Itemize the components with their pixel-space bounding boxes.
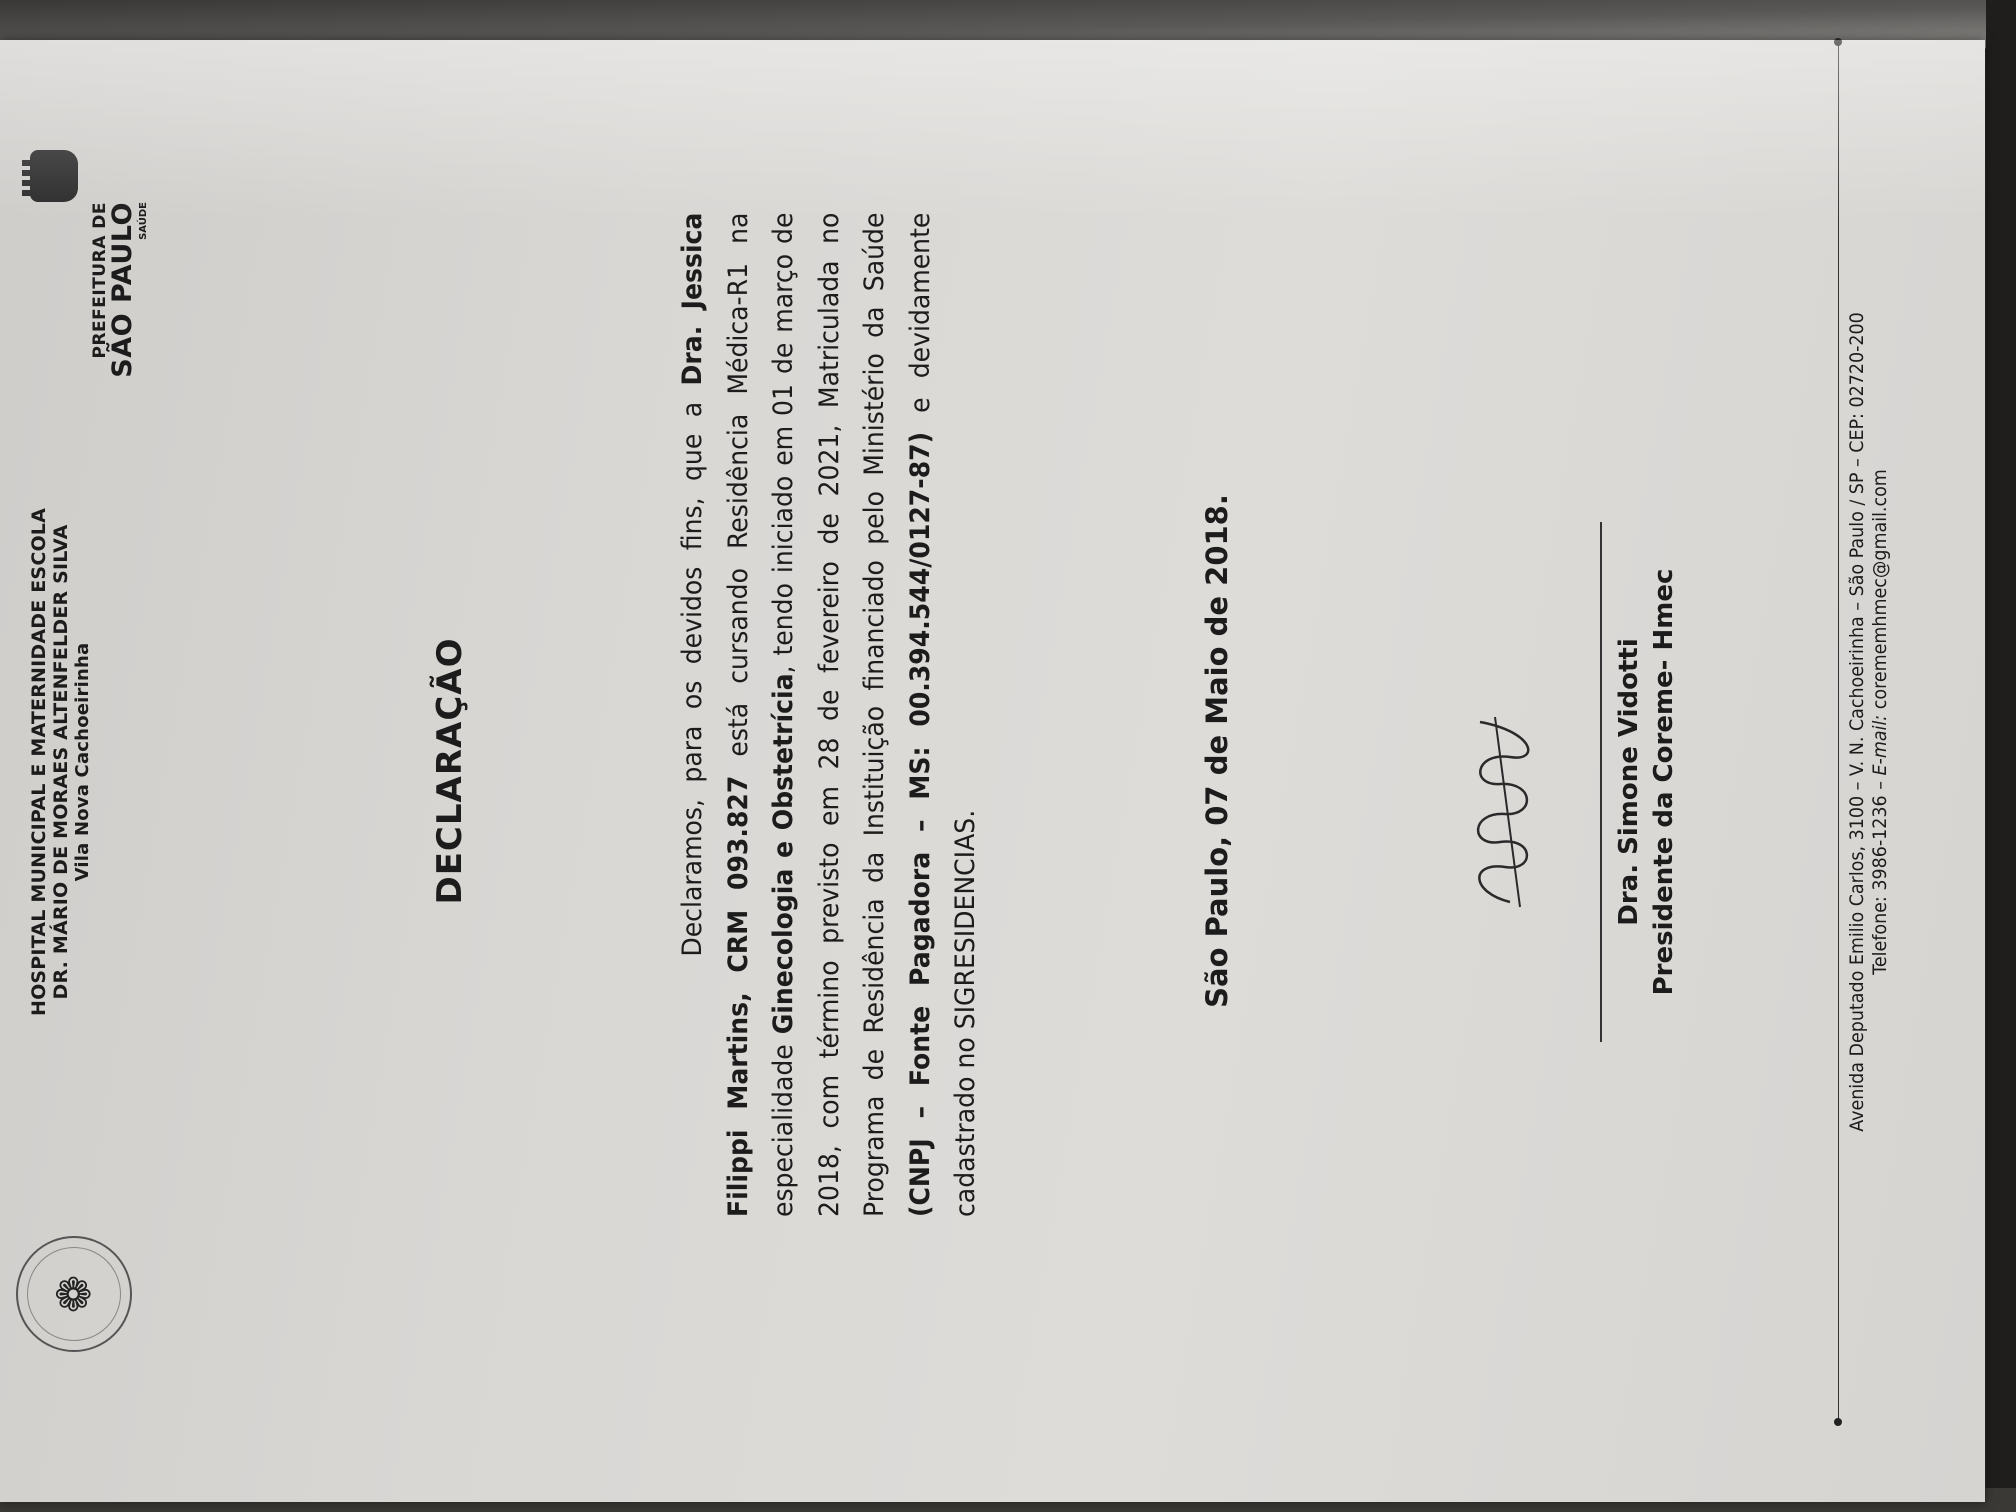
title-dra: Dra. bbox=[677, 326, 708, 386]
footer-dot bbox=[1834, 1418, 1842, 1426]
date-line: São Paulo, 07 de Maio de 2018. bbox=[1200, 40, 1234, 1502]
footer-dot bbox=[1834, 38, 1842, 46]
signer-block: Dra. Simone Vidotti Presidente da Coreme… bbox=[1612, 502, 1682, 1062]
footer-divider bbox=[1838, 42, 1839, 1422]
institution-name: HOSPITAL MUNICIPAL E MATERNIDADE ESCOLA bbox=[28, 452, 50, 1072]
background-edge bbox=[1986, 0, 2016, 1512]
institution-subname: DR. MÁRIO DE MORAES ALTENFELDER SILVA bbox=[50, 452, 72, 1072]
footer-email: corememhmec@gmail.com bbox=[1869, 469, 1891, 715]
document-page: ❁ HOSPITAL MUNICIPAL E MATERNIDADE ESCOL… bbox=[0, 40, 1985, 1502]
signature-icon bbox=[1440, 702, 1560, 922]
signature-line bbox=[1600, 522, 1602, 1042]
footer-email-label: E-mail: bbox=[1869, 715, 1891, 776]
signer-name: Dra. Simone Vidotti bbox=[1612, 502, 1647, 1062]
signer-role: Presidente da Coreme- Hmec bbox=[1647, 502, 1682, 1062]
institution-location: Vila Nova Cachoeirinha bbox=[72, 452, 94, 1072]
cnpj: (CNPJ – Fonte Pagadora – MS: 00.394.544/… bbox=[905, 432, 936, 1217]
paper-sheet: ❁ HOSPITAL MUNICIPAL E MATERNIDADE ESCOL… bbox=[0, 40, 1985, 1502]
hospital-seal-icon: ❁ bbox=[16, 1236, 132, 1352]
footer-address: Avenida Deputado Emilio Carlos, 3100 – V… bbox=[1846, 280, 1869, 1163]
city-name: SÃO PAULO bbox=[108, 202, 138, 392]
prefeitura-logo: PREFEITURA DE SÃO PAULO SAÚDE bbox=[20, 112, 140, 392]
body-intro: Declaramos, para os devidos fins, que a bbox=[677, 385, 708, 956]
department-label: SAÚDE bbox=[138, 202, 149, 292]
footer-contact: Avenida Deputado Emilio Carlos, 3100 – V… bbox=[1846, 280, 1892, 1163]
document-title: DECLARAÇÃO bbox=[430, 40, 470, 1502]
specialty: Ginecologia e Obstetrícia bbox=[768, 673, 799, 1034]
footer-contact-line: Telefone: 3986-1236 – E-mail: corememhme… bbox=[1869, 280, 1892, 1163]
footer-phone: Telefone: 3986-1236 – bbox=[1869, 776, 1891, 975]
institution-header: HOSPITAL MUNICIPAL E MATERNIDADE ESCOLA … bbox=[28, 452, 94, 1072]
city-crest-icon bbox=[30, 150, 78, 202]
declaration-body: Declaramos, para os devidos fins, que a … bbox=[670, 213, 989, 1217]
